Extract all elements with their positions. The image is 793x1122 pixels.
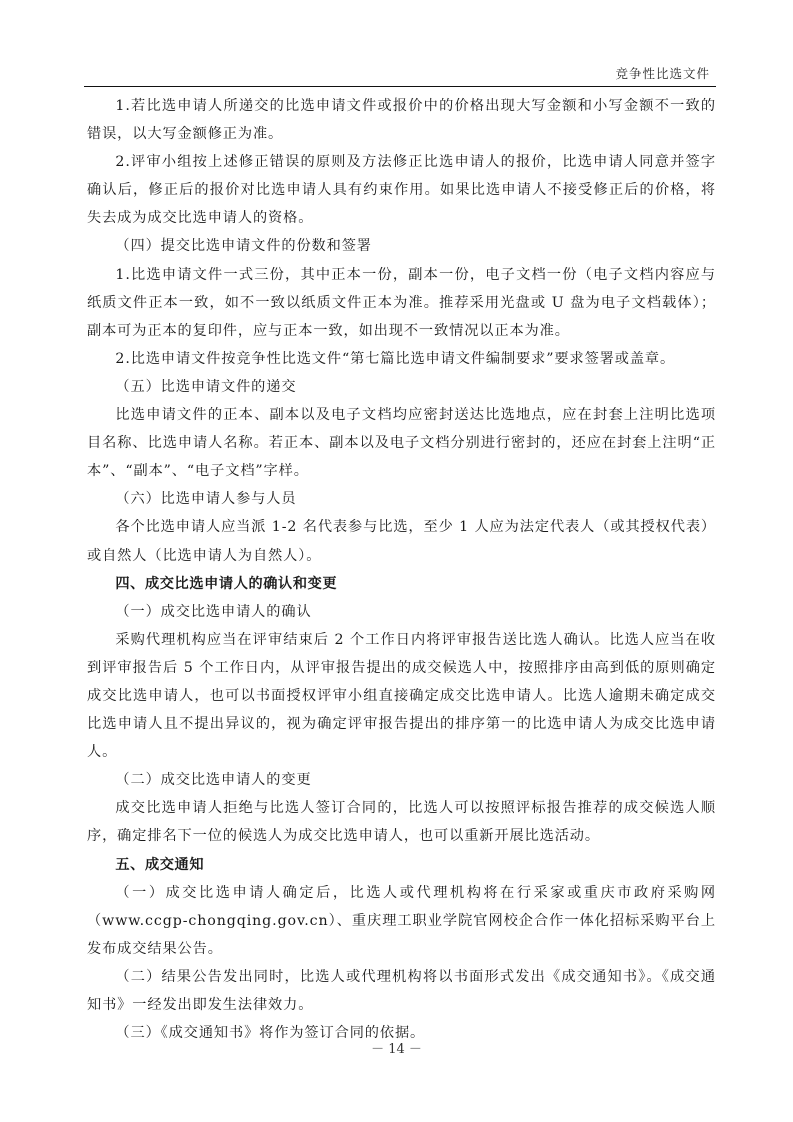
paragraph-submission: 比选申请文件的正本、副本以及电子文档均应密封送达比选地点，应在封套上注明比选项目… [87,401,716,485]
document-body: 1.若比选申请人所递交的比选申请文件或报价中的价格出现大写金额和小写金额不一致的… [87,92,716,1047]
subheading-confirmation: （一）成交比选申请人的确认 [87,598,716,626]
subheading-copies-and-signing: （四）提交比选申请文件的份数和签署 [87,232,716,260]
subheading-submission: （五）比选申请文件的递交 [87,373,716,401]
header-divider [84,86,716,87]
paragraph-notice-publication: （一）成交比选申请人确定后，比选人或代理机构将在行采家或重庆市政府采购网（www… [87,879,716,963]
paragraph-participants: 各个比选申请人应当派 1-2 名代表参与比选，至少 1 人应为法定代表人（或其授… [87,513,716,569]
subheading-participants: （六）比选申请人参与人员 [87,485,716,513]
section-heading-notice: 五、成交通知 [87,851,716,879]
paragraph-copies: 1.比选申请文件一式三份，其中正本一份，副本一份，电子文档一份（电子文档内容应与… [87,261,716,345]
paragraph-correction-amount: 1.若比选申请人所递交的比选申请文件或报价中的价格出现大写金额和小写金额不一致的… [87,92,716,148]
document-page: 竞争性比选文件 1.若比选申请人所递交的比选申请文件或报价中的价格出现大写金额和… [0,0,793,1122]
paragraph-confirmation: 采购代理机构应当在评审结束后 2 个工作日内将评审报告送比选人确认。比选人应当在… [87,626,716,766]
paragraph-signing: 2.比选申请文件按竞争性比选文件“第七篇比选申请文件编制要求”要求签署或盖章。 [87,345,716,373]
page-number: － 14 － [0,1038,793,1057]
paragraph-change: 成交比选申请人拒绝与比选人签订合同的，比选人可以按照评标报告推荐的成交候选人顺序… [87,794,716,850]
running-header-title: 竞争性比选文件 [615,64,710,82]
subheading-change: （二）成交比选申请人的变更 [87,766,716,794]
paragraph-correction-acceptance: 2.评审小组按上述修正错误的原则及方法修正比选申请人的报价，比选申请人同意并签字… [87,148,716,232]
paragraph-notice-letter: （二）结果公告发出同时，比选人或代理机构将以书面形式发出《成交通知书》。《成交通… [87,963,716,1019]
section-heading-confirmation: 四、成交比选申请人的确认和变更 [87,570,716,598]
